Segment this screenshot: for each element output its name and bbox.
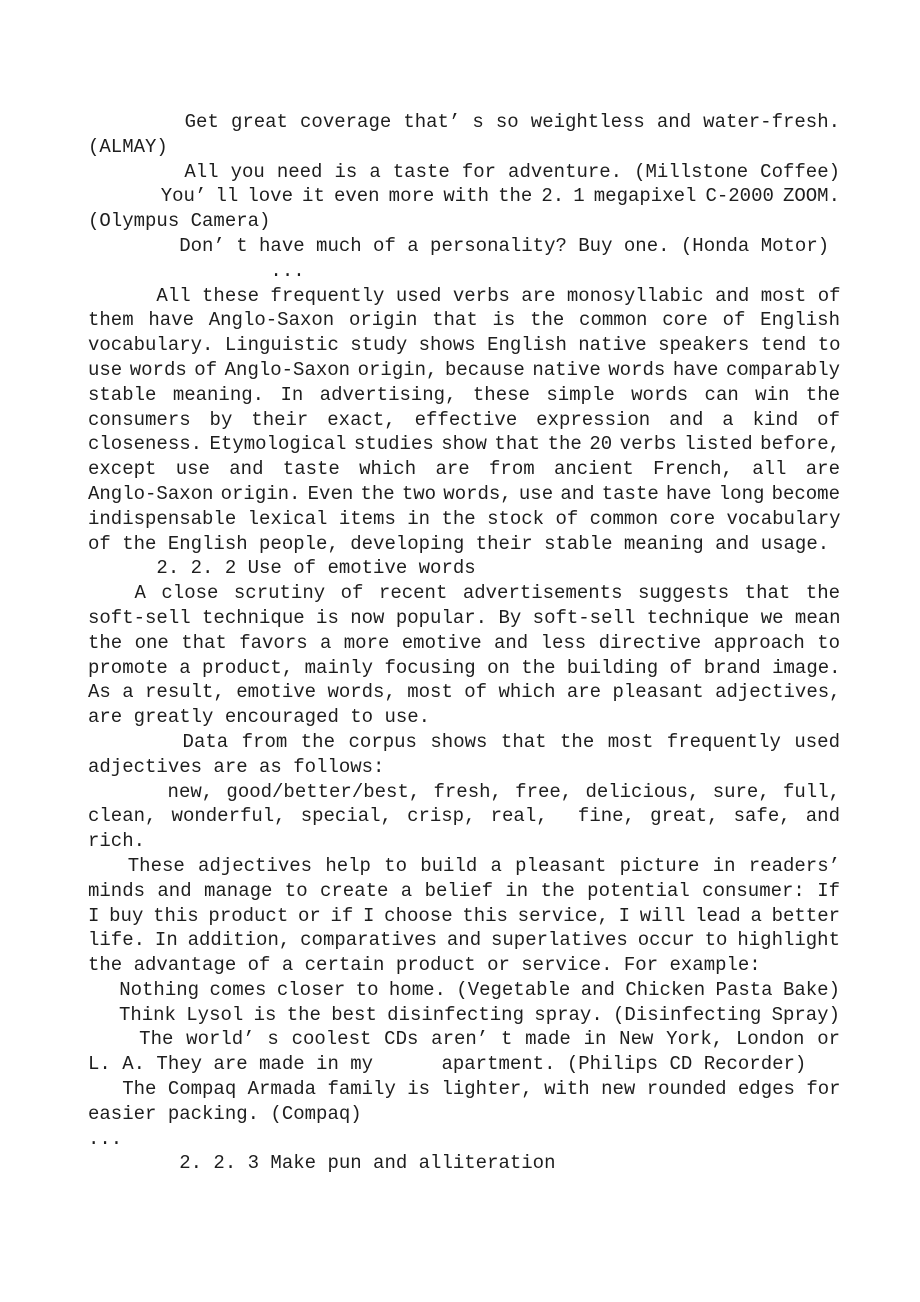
ad-example-line: easier packing. (Compaq) [88,1102,840,1127]
paragraph-line: life. In addition, comparatives and supe… [88,928,840,953]
ad-example-line: L. A. They are made in my apartment. (Ph… [88,1052,840,1077]
paragraph-line: of the English people, developing their … [88,532,840,557]
paragraph-line: closeness. Etymological studies show tha… [88,432,840,457]
paragraph-line: them have Anglo-Saxon origin that is the… [88,308,840,333]
paragraph-line: stable meaning. In advertising, these si… [88,383,840,408]
paragraph-line: All these frequently used verbs are mono… [88,284,840,309]
paragraph-line: minds and manage to create a belief in t… [88,879,840,904]
adjective-list-line: clean, wonderful, special, crisp, real, … [88,804,840,829]
document-page: Get great coverage that’ s so weightless… [0,0,920,1302]
heading-2-2-2-line: 2. 2. 2 Use of emotive words [88,556,840,581]
paragraph-line: These adjectives help to build a pleasan… [88,854,840,879]
ad-example-line: Think Lysol is the best disinfecting spr… [88,1003,840,1028]
paragraph-line: promote a product, mainly focusing on th… [88,656,840,681]
paragraph-line: adjectives are as follows: [88,755,840,780]
paragraph-line: are greatly encouraged to use. [88,705,840,730]
paragraph-line: A close scrutiny of recent advertisement… [88,581,840,606]
paragraph-line: use words of Anglo-Saxon origin, because… [88,358,840,383]
adjective-list-line: rich. [88,829,840,854]
ellipsis-line: ... [88,259,840,284]
ad-source-line: (Olympus Camera) [88,209,840,234]
paragraph-line: indispensable lexical items in the stock… [88,507,840,532]
paragraph-line: I buy this product or if I choose this s… [88,904,840,929]
paragraph-line: the advantage of a certain product or se… [88,953,840,978]
ad-example-line: Don’ t have much of a personality? Buy o… [88,234,840,259]
heading-2-2-3-line: 2. 2. 3 Make pun and alliteration [88,1151,840,1176]
ad-example-line: You’ ll love it even more with the 2. 1 … [88,184,840,209]
paragraph-line: except use and taste which are from anci… [88,457,840,482]
document-text-block: Get great coverage that’ s so weightless… [88,110,840,1176]
ad-example-line: Get great coverage that’ s so weightless… [88,110,840,135]
adjective-list-line: new, good/better/best, fresh, free, deli… [88,780,840,805]
ad-example-line: All you need is a taste for adventure. (… [88,160,840,185]
paragraph-line: Anglo-Saxon origin. Even the two words, … [88,482,840,507]
ellipsis-line: ... [88,1127,840,1152]
paragraph-line: soft-sell technique is now popular. By s… [88,606,840,631]
ad-example-line: The world’ s coolest CDs aren’ t made in… [88,1027,840,1052]
paragraph-line: As a result, emotive words, most of whic… [88,680,840,705]
paragraph-line: vocabulary. Linguistic study shows Engli… [88,333,840,358]
paragraph-line: the one that favors a more emotive and l… [88,631,840,656]
ad-example-line: Nothing comes closer to home. (Vegetable… [88,978,840,1003]
paragraph-line: consumers by their exact, effective expr… [88,408,840,433]
ad-source-line: (ALMAY) [88,135,840,160]
paragraph-line: Data from the corpus shows that the most… [88,730,840,755]
ad-example-line: The Compaq Armada family is lighter, wit… [88,1077,840,1102]
